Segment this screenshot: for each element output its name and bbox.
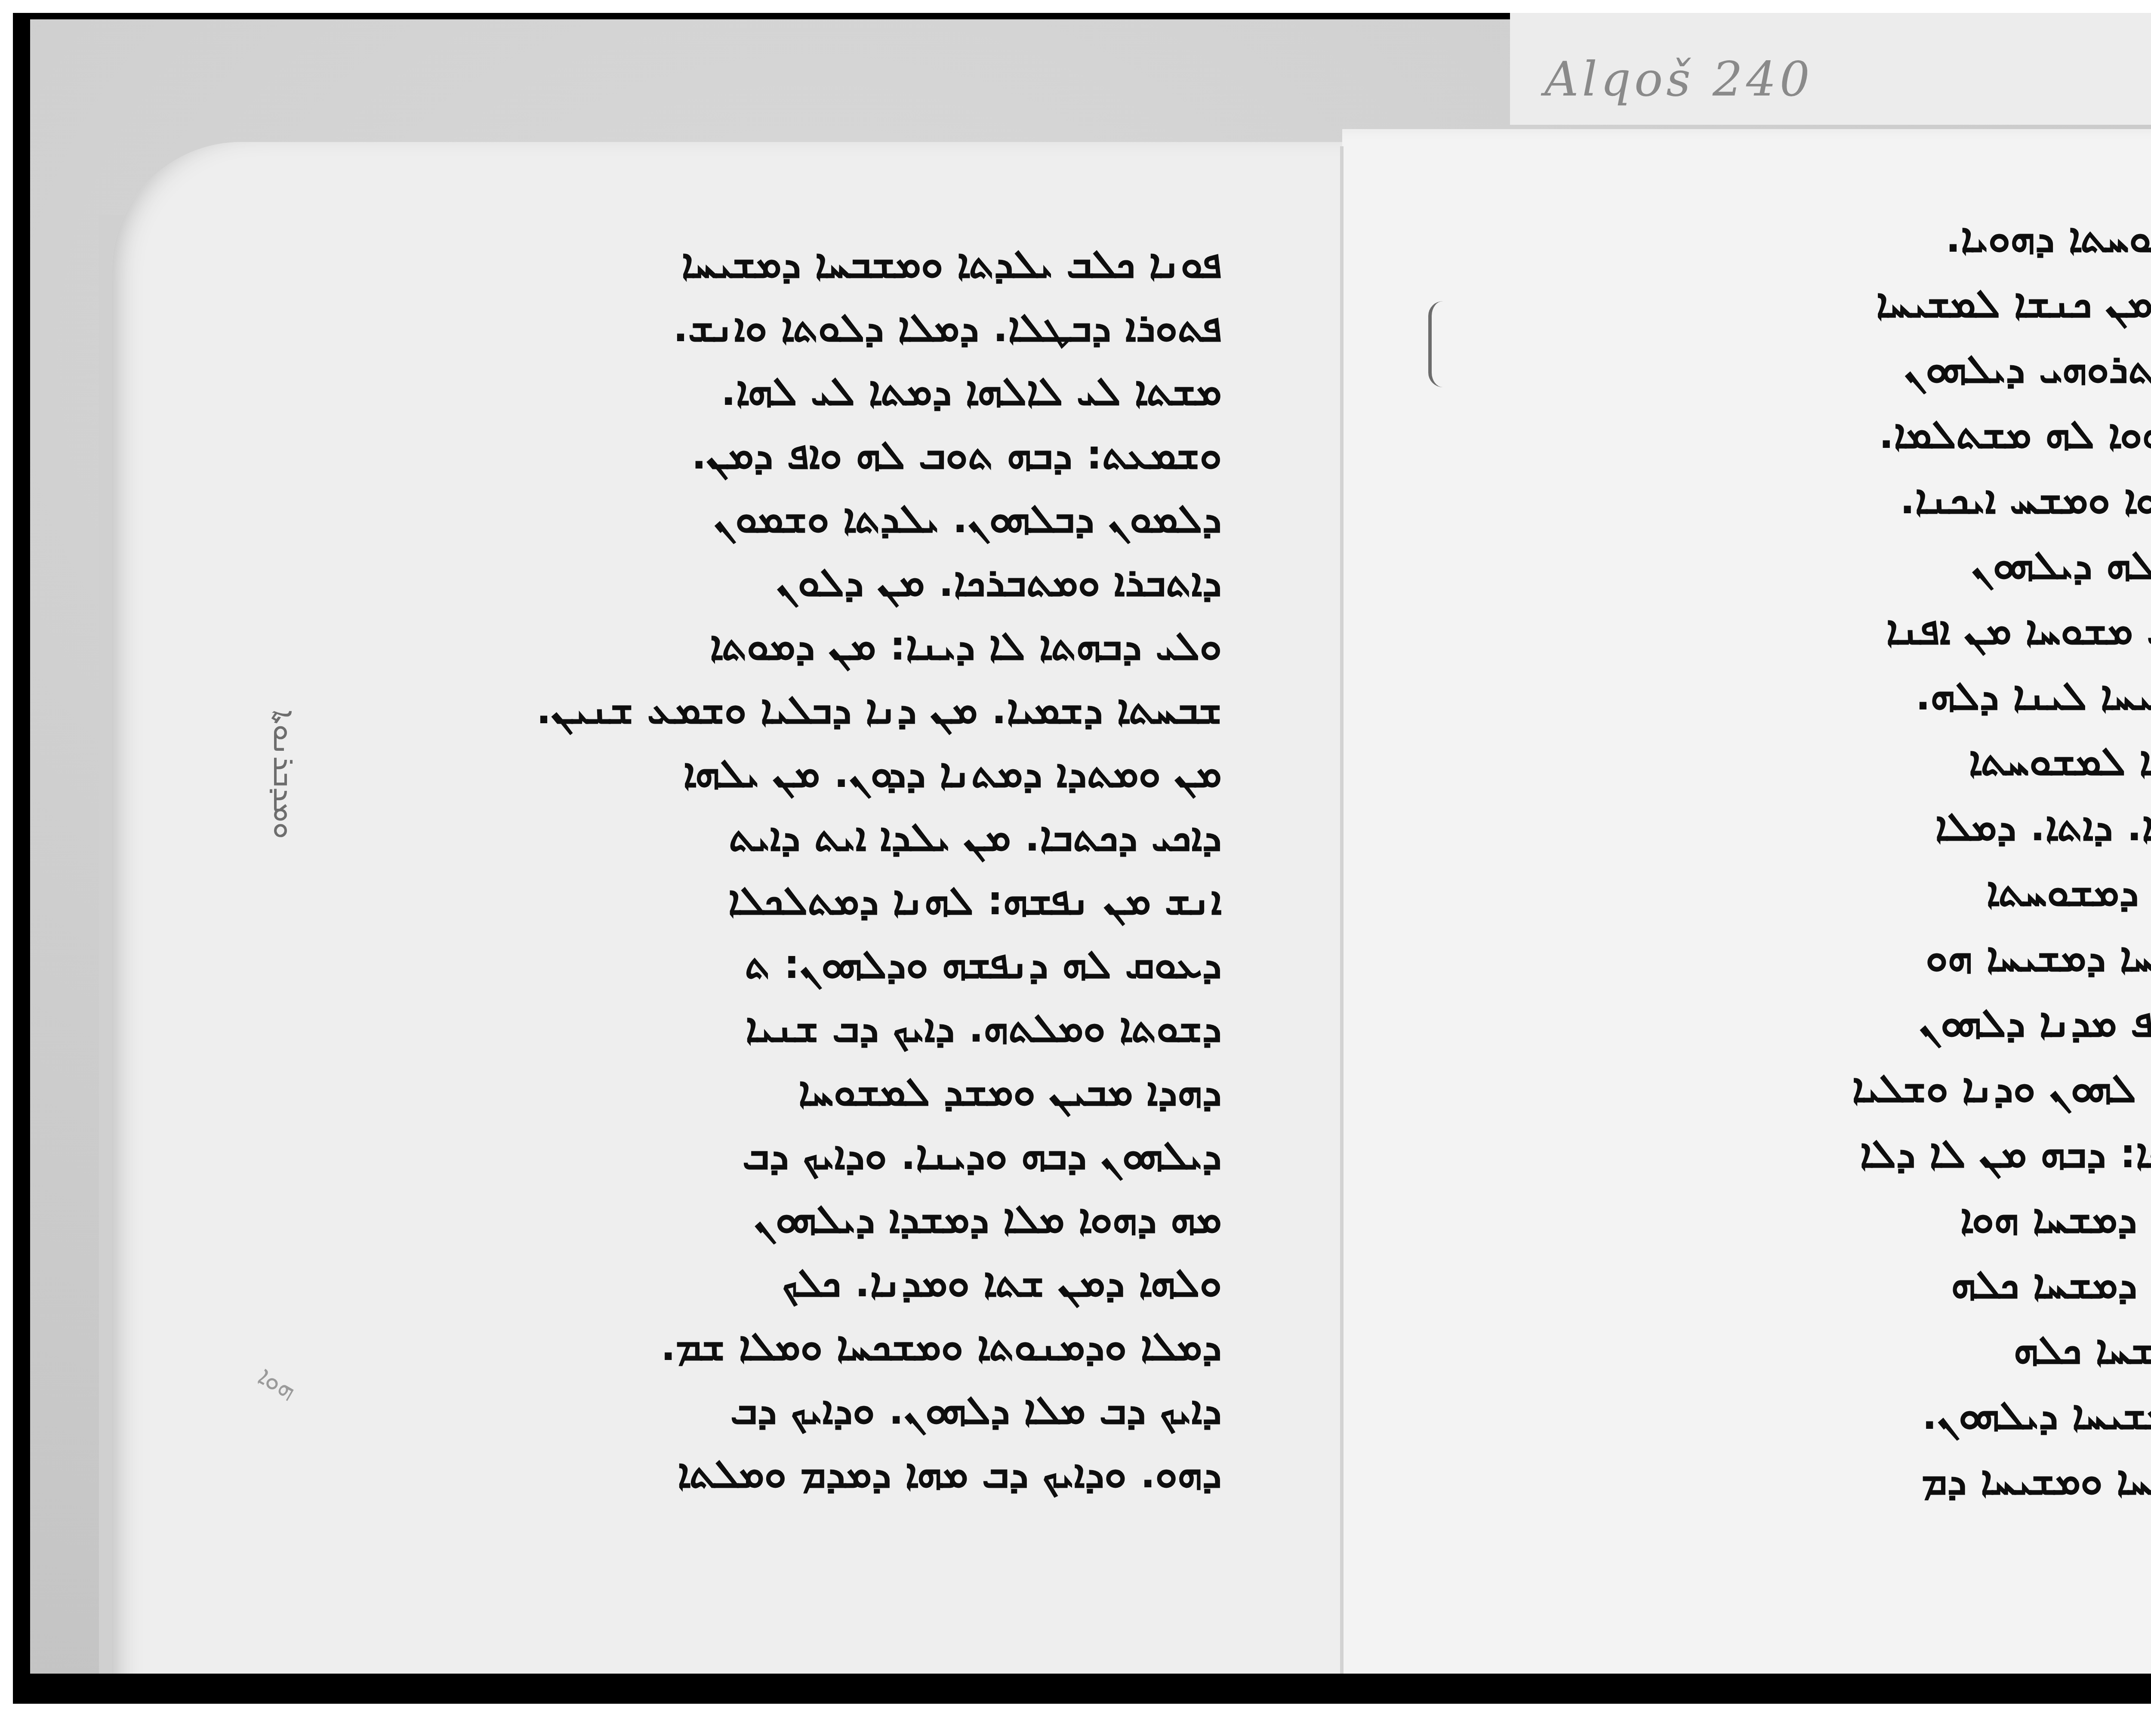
left-page-text: ܦܘܢܐ ܟܠܒ ܝܠܕܬܐ ܘܡܫܒܚܐ ܕܡܫܝܚܐܦܬܘܪܐ ܕܒܛܠܐ.… <box>318 241 1222 1532</box>
text-line: ܕܐܟܝ ܕܟܬܒܐ. ܡܢ ܝܠܕܐ ܐܝܬ ܕܐܝܬ <box>729 814 1222 861</box>
text-line: ܕܫܘܬܐ ܘܡܠܬܗ. ܕܐܝܟ ܕܒ ܫܢܝܐ <box>746 1005 1222 1052</box>
text-line: ܗܘ ܕܝܢ ܕܒ ܡܠܐ ܠܡܫܘܚܬܐ <box>1969 738 2151 785</box>
margin-note-vertical: ܘܡܕܒܪܢܘܬܐ <box>267 710 302 839</box>
text-line: ܘܠܡܫܬܐ ܕܡܬܢܐ. ܕܐܬܐ. ܕܡܠܐ <box>1935 804 2151 851</box>
text-line: ܐܢܫܐ. ܕܐܬܐ. ܕܡܫܚܐ ܟܠܗ <box>2014 1327 2151 1374</box>
text-line: ܘܫܡܥܬ: ܕܒܗ ܬܘܒ ܠܗ ܘܐܦ ܕܡܢ. <box>691 432 1222 479</box>
text-line: ܕܠܡܘܢ ܕܒܠܗܘܢ. ܝܠܕܬܐ ܘܫܡܘܢ <box>714 496 1222 543</box>
text-line: ܕܗܘ. ܘܕܐܝܟ ܕܒ ܡܗܐ ܕܡܕܡ ܘܡܠܬܐ <box>678 1451 1222 1498</box>
text-line: ܡܗ ܕܗܘܐ ܡܠܐ ܕܡܫܕܐ ܕܝܠܗܘܢ <box>754 1196 1222 1243</box>
text-line: ܕܝܠܗܘܢ ܕܒܗ ܘܕܝܢܐ. ܘܕܐܝܟ ܕܒ <box>743 1132 1222 1179</box>
text-line: ܕܐܝܟ ܕܒ ܡܠܐ ܕܠܗܘܢ. ܘܕܐܝܟ ܕܒ <box>730 1387 1222 1434</box>
gutter <box>1340 146 1344 1678</box>
text-line: ܠܡܫܝܚܐ ܕܡܬܢܐ ܕܡܫܚܐ ܟܠܗ <box>1951 1261 2151 1308</box>
text-line: ܕܠܠܘܬ ܐܢܫ ܕܢܦ ܡܕܢܐ ܕܠܗܘܢ <box>1919 1000 2151 1047</box>
text-line: ܫܒܚܬܐ ܕܫܡܝܐ. ܡܢ ܕܢܐ ܕܒܠܝܐ ܘܫܡܥ ܫܢܝܢ. <box>536 687 1222 734</box>
film-frame-bottom <box>13 1674 2151 1704</box>
text-line: ܕܐܬܒܪܐ ܘܡܬܒܪܟܐ. ܡܢ ܕܠܘܢ <box>776 559 1222 606</box>
text-line: ܕܝܠܗܘܢ. ܘܡܫܝܚܐ ܕܡܫܝܚܐ ܗܘ <box>1926 934 2151 981</box>
text-line: ܕܗܕܐ ܡܒܝܢ ܘܡܫܕ ܠܡܫܘܚܐ <box>798 1069 1222 1116</box>
text-line: ܦܘܢܐ ܟܠܒ ܝܠܕܬܐ ܘܡܫܒܚܐ ܕܡܫܝܚܐ <box>681 241 1222 288</box>
text-line: ܘܠܗܐ ܕܡܢ ܫܬܐ ܘܡܕܢܐ. ܟܠܟ <box>782 1260 1222 1307</box>
text-line: ܕܫܡܗ ܕܟܠܗ ܗܘܐ ܘܡܫܚ ܐܝܟܢܐ. <box>1900 477 2151 524</box>
text-line: ܘܠܝ ܕܒܗܬܐ ܠܐ ܕܝܢܐ: ܡܢ ܕܡܘܬܐ <box>710 623 1222 670</box>
text-line: ܕܒ ܫܡܥ ܠܡܫܝܚܐ ܘܡܫܝܚܐ ܕܡ <box>1922 1458 2151 1505</box>
text-line: ܕܥܘܩ ܠܗ ܕܢܦܫܗ ܘܕܠܗܘܢ: ܬ <box>745 941 1222 988</box>
text-line: ܘܐܬܐ ܡܫܝܚܐ ܕܟܠܗ ܕܝܠܗܘܢ <box>1971 542 2151 589</box>
text-line: ܦܬܘܪܐ ܕܒܛܠܐ. ܕܡܠܐ ܕܠܘܬܐ ܘܐܢܫ. <box>673 305 1222 352</box>
text-line: ܕܐܬܐ ܕܠܐ ܢܦܫܐ ܡܢ ܟܢܫܐ ܠܡܫܝܚܐ <box>1876 281 2151 327</box>
right-page-text: ܗܘ ܕܒ ܕܠܐ ܡܫܘܚܬܐ ܕܗܘܝܐ.ܕܐܬܐ ܕܠܐ ܢܦܫܐ ܡܢ … <box>1445 215 2151 1592</box>
text-line: ܕܡܠܐ ܘܕܡܢܘܬܐ ܘܡܫܟܚܐ ܘܡܠܐ ܫܡ. <box>661 1323 1222 1370</box>
text-line: ܕܡܠܐ. ܘܗܘ ܐܬܐ ܕܡܫܚܐ ܗܘܐ <box>1960 1196 2151 1243</box>
text-line: ܡܢ ܘܡܬܕܐ ܕܡܬܢܐ ܕܕܘܢ. ܡܢ ܝܠܗܐ <box>683 750 1222 797</box>
text-line: ܐܢܫ ܡܢ ܢܦܫܗ: ܠܗܢܐ ܕܡܬܠܟܠܐ <box>728 878 1222 925</box>
text-line: ܘܝܠܐ ܕܗܘܢ: ܕܒ ܡܫܘܚܐ ܡܢ ܐܦܢܐ <box>1886 607 2151 654</box>
shelfmark-label: Alqoš 240 <box>1544 52 1813 107</box>
text-line: ܕܒܗ ܗܠܐ. ܘܡܫܝܚܐ ܠܝܢܐ ܕܠܗ. <box>1915 673 2151 720</box>
text-line: ܕܡܫܘܚܬܐ ܡܢ ܐܬܪܘܗܝ ܕܝܠܗܘܢ <box>1904 346 2151 393</box>
text-line: ܗܘܘ ܘܡܠܟܐ ܕܡܫܝܚܐ ܕܝܠܗܘܢ. <box>1922 1392 2151 1439</box>
text-line: ܕܗܘܐ ܠܗ ܕܡܠܟܐ: ܕܒܗ ܡܢ ܠܐ ܕܠܐ <box>1860 1131 2151 1178</box>
text-line: ܡܫܬܐ ܠܝ ܠܐܠܗܐ ܕܡܬܐ ܠܝ ܠܗܐ. <box>721 368 1222 415</box>
text-line: ܗܘ ܕܒ ܕܠܐ ܡܫܘܚܬܐ ܕܗܘܝܐ. <box>1945 215 2151 262</box>
text-line: ܡܠܐ ܐܝܫܘܥ ܗܘ ܕܡܫܘܚܬܐ <box>1986 869 2151 916</box>
text-line: ܟܠܗ. ܕܒ ܡܫܚܐ ܠܗܘܢ ܘܕܢܐ ܘܫܠܝܐ <box>1852 1065 2151 1112</box>
text-line: ܕܕܚܠܬ: ܘܐܬܐ ܗܘܐ ܠܗ ܡܫܬܠܡܐ. <box>1879 411 2151 458</box>
